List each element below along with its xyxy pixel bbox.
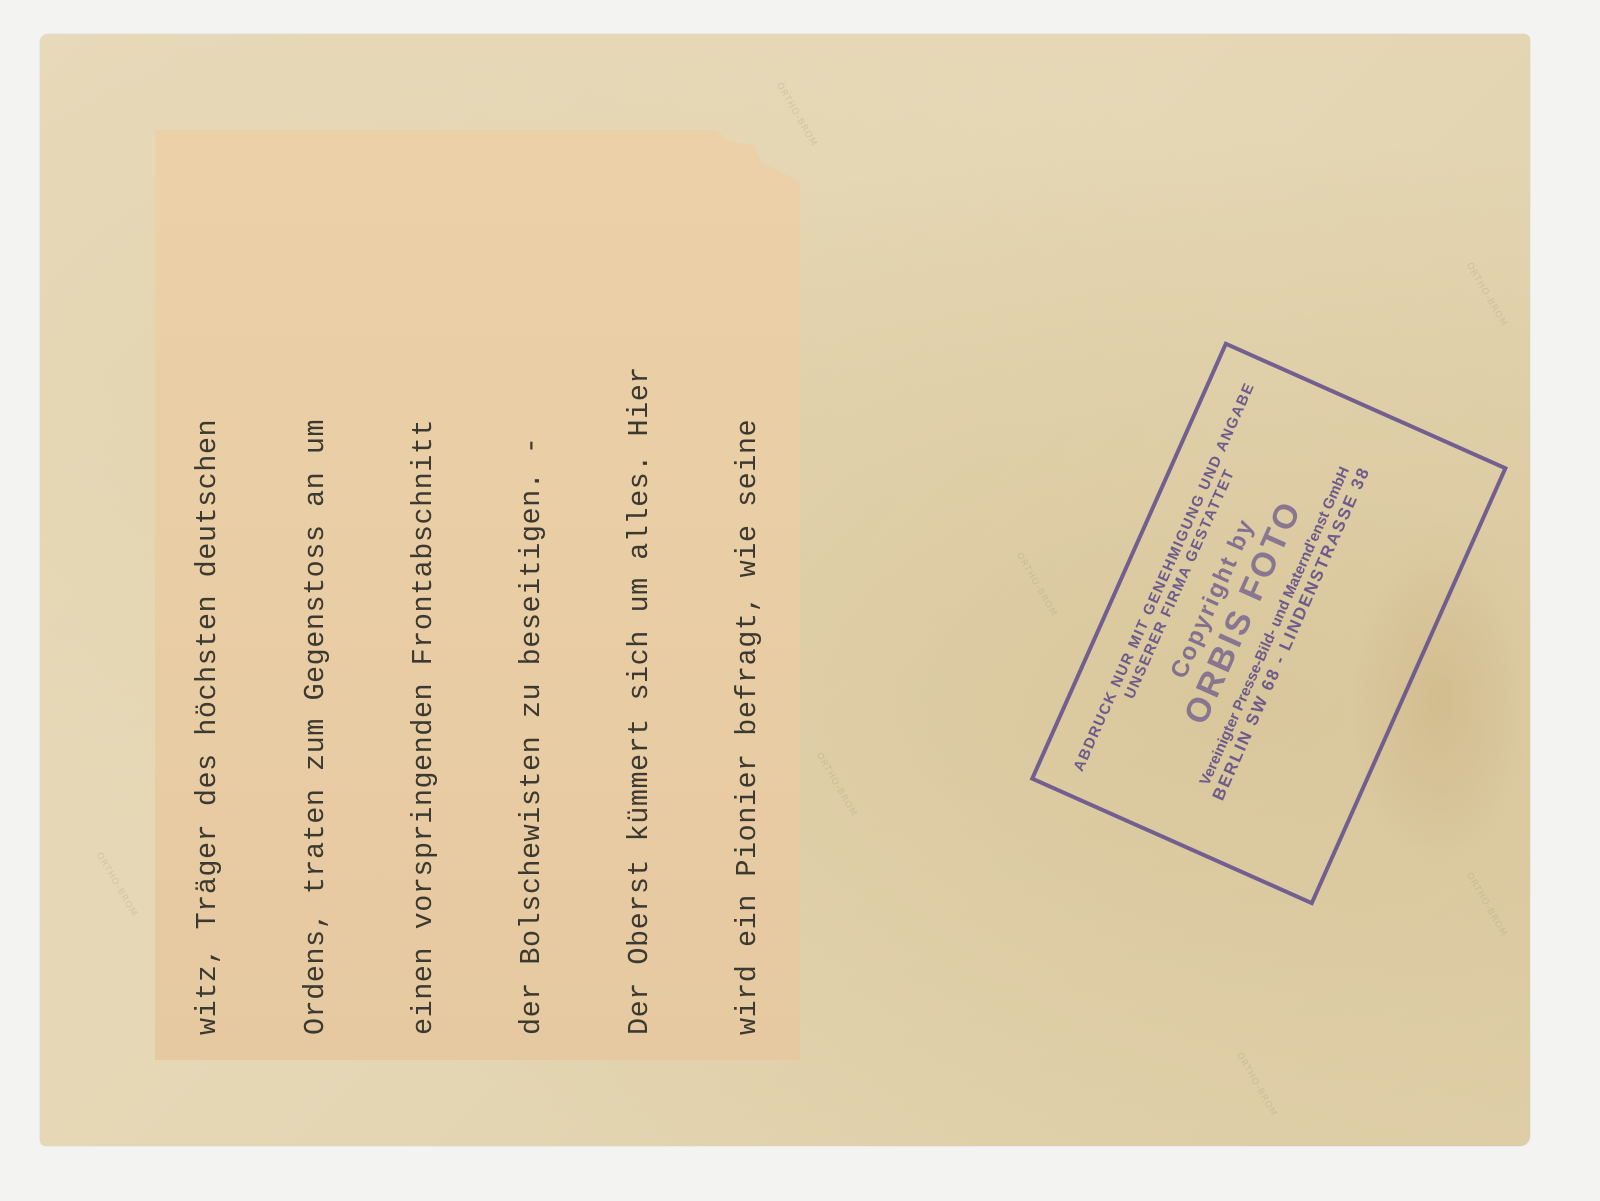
caption-line: Deutsche Panzergrenadiere unter dem bbox=[0, 155, 10, 1035]
caption-line: Der Oberst kümmert sich um alles. Hier bbox=[622, 155, 658, 1035]
caption-line: einen vorspringenden Frontabschnitt bbox=[406, 155, 442, 1035]
caption-line: wird ein Pionier befragt, wie seine bbox=[730, 155, 766, 1035]
caption-line: Ordens, traten zum Gegenstoss an um bbox=[298, 155, 334, 1035]
caption-line: der Bolschewisten zu beseitigen. - bbox=[514, 155, 550, 1035]
typed-caption-slip: Kampf um die Versorgungsschneise Deutsch… bbox=[155, 130, 800, 1060]
caption-line: witz, Träger des höchsten deutschen bbox=[190, 155, 226, 1035]
